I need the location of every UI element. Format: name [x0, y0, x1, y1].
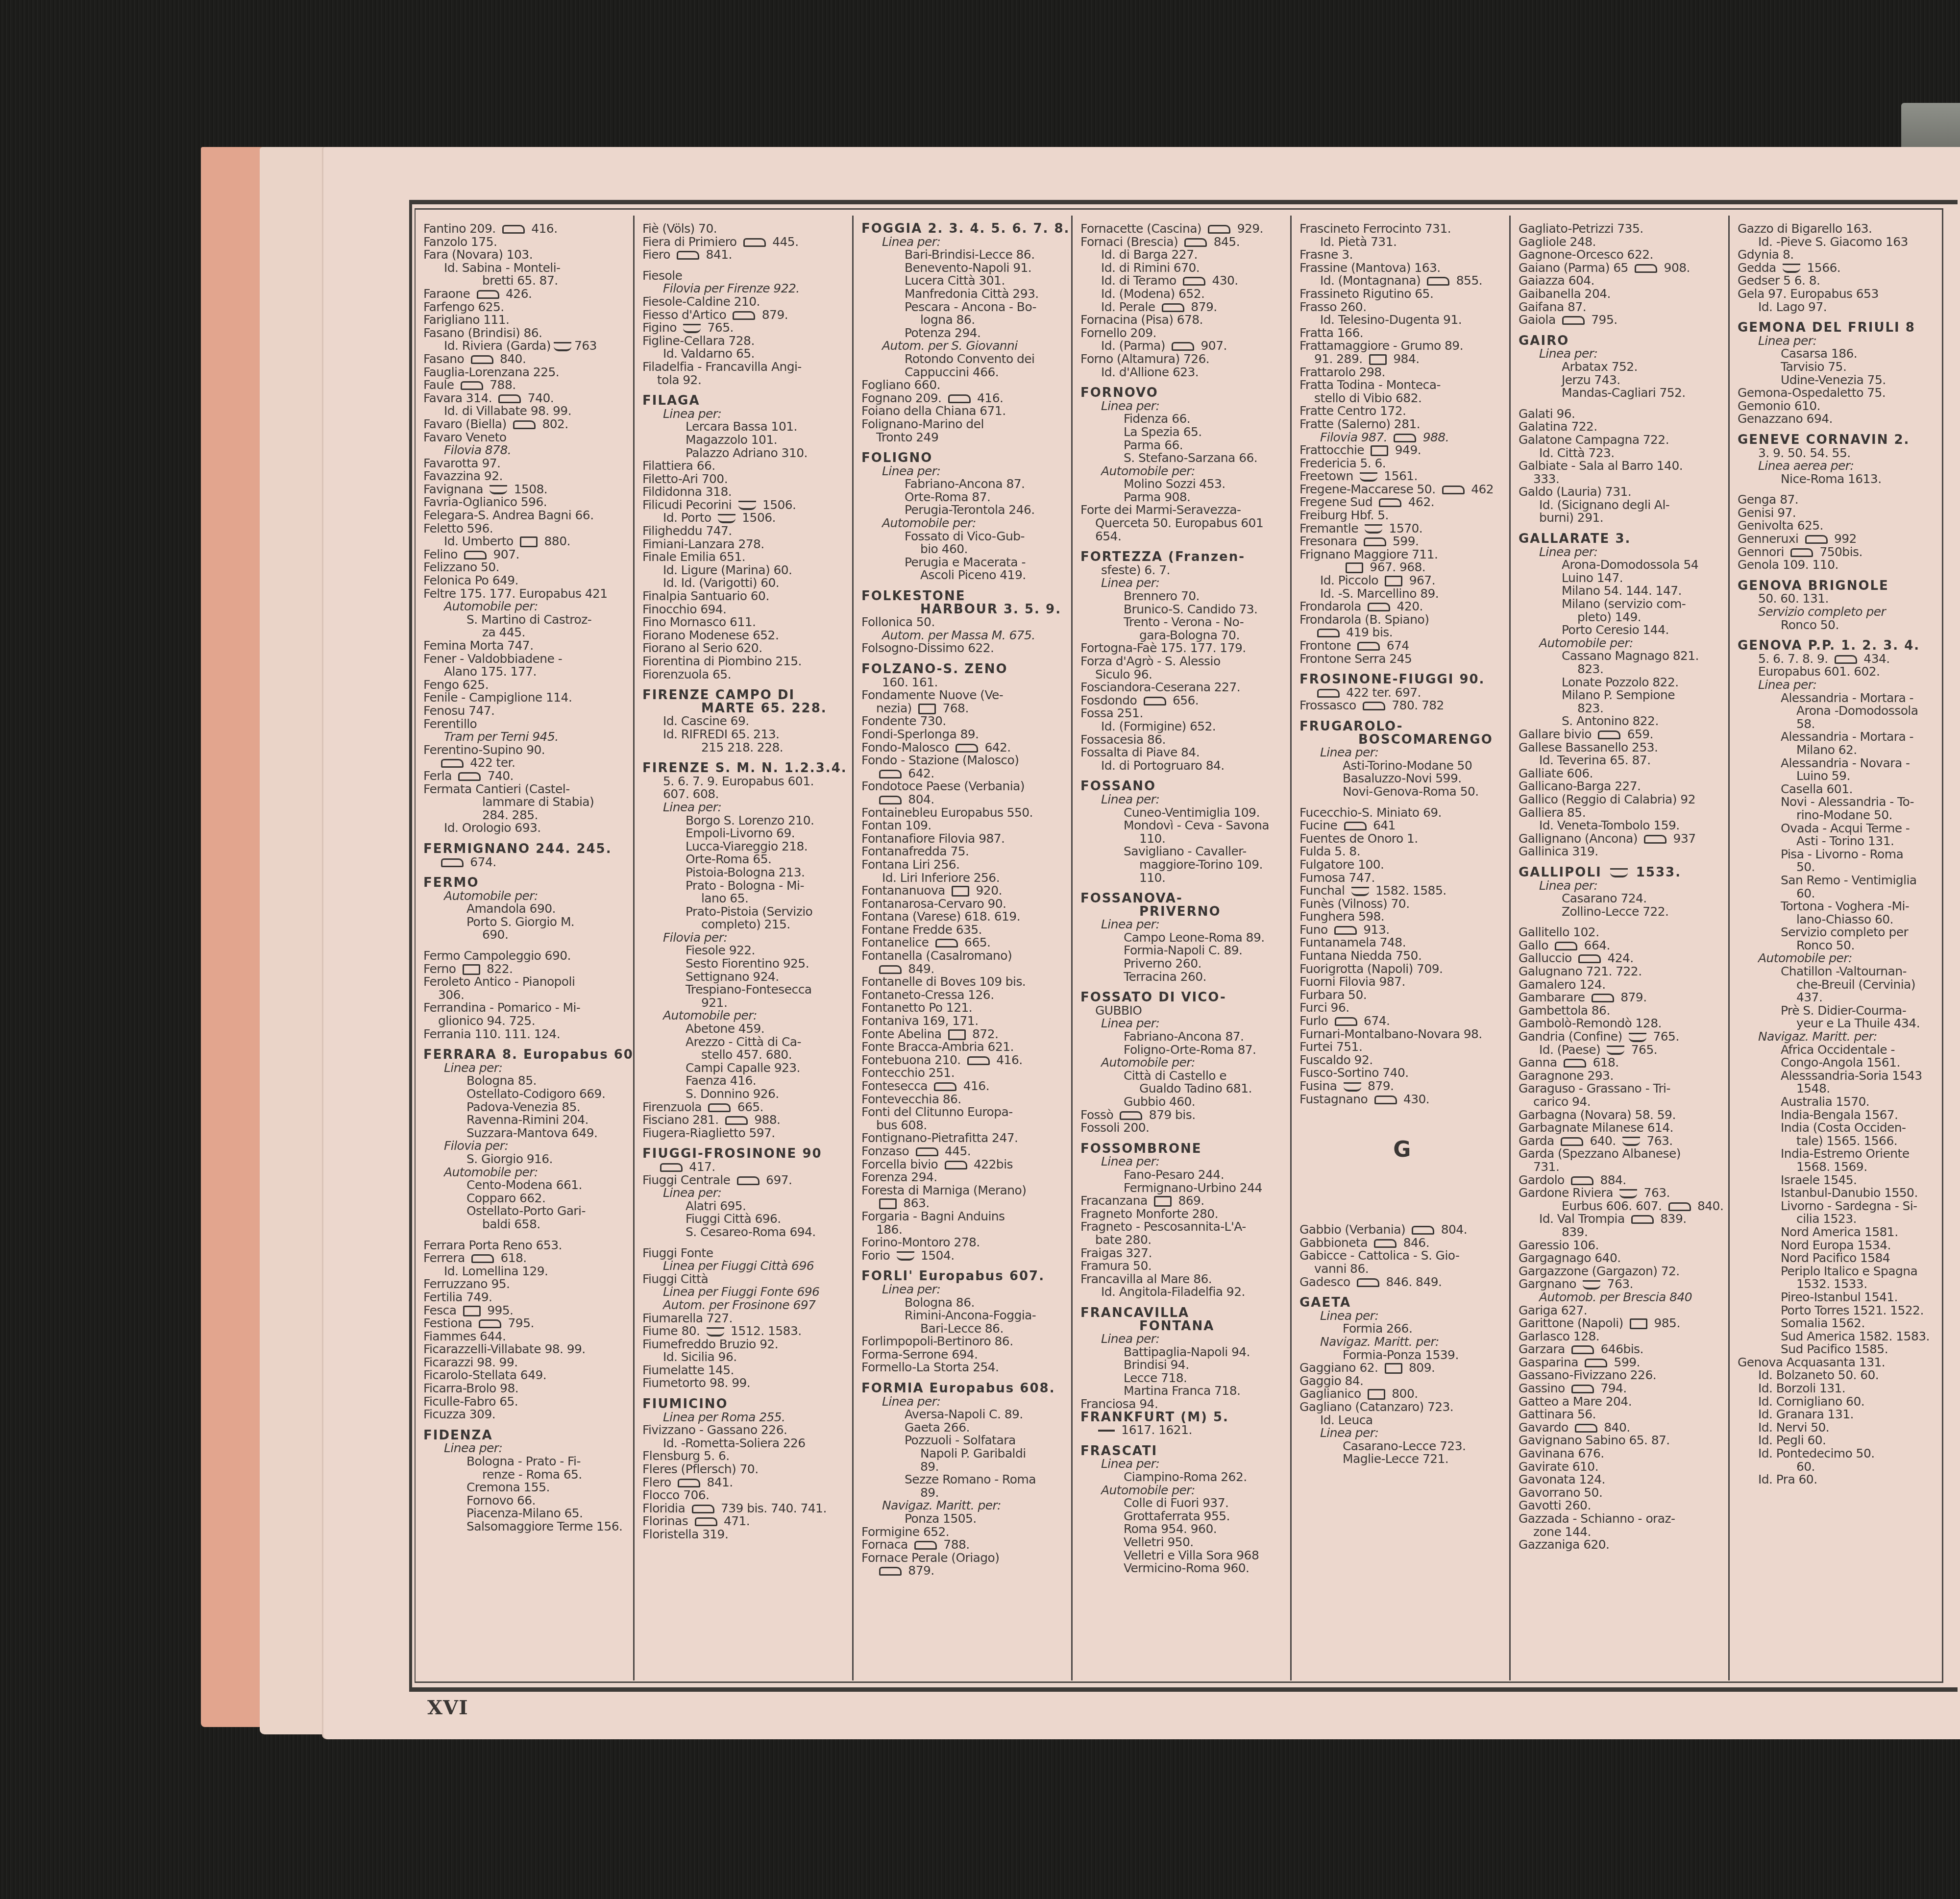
index-entry: Favara 314. 740. — [423, 392, 628, 405]
index-entry: India-Estremo Oriente — [1738, 1147, 1944, 1161]
station-heading: GALLIPOLI 1533. — [1519, 866, 1723, 879]
index-entry: Folsogno-Dissimo 622. — [861, 642, 1066, 655]
index-entry: Genazzano 694. — [1738, 413, 1944, 426]
station-heading: FOLKESTONE — [861, 590, 1066, 603]
index-entry: Linea per: — [642, 408, 847, 421]
station-heading: GENOVA BRIGNOLE — [1738, 580, 1944, 593]
index-entry: Gagliato-Petrizzi 735. — [1519, 222, 1723, 236]
index-entry: Frasso 260. — [1299, 301, 1504, 314]
bus-icon — [1835, 655, 1857, 664]
index-entry: Id. Borzoli 131. — [1738, 1382, 1944, 1395]
index-column-1: Fantino 209. 416.Fanzolo 175.Fara (Novar… — [416, 216, 635, 1680]
index-entry: Furnari-Montalbano-Novara 98. — [1299, 1028, 1504, 1041]
index-entry: Servizio completo per — [1738, 606, 1944, 619]
index-entry: za 445. — [423, 626, 628, 639]
index-entry: Fragneto Monforte 280. — [1080, 1208, 1285, 1221]
index-entry: Fesca 995. — [423, 1304, 628, 1317]
bus-icon — [945, 1161, 967, 1169]
station-heading: BOSCOMARENGO — [1299, 733, 1504, 747]
station-heading: FOLZANO-S. ZENO — [861, 663, 1066, 676]
station-heading: FORTEZZA (Franzen- — [1080, 551, 1285, 564]
index-entry: Martina Franca 718. — [1080, 1385, 1285, 1398]
index-entry: Prato - Bologna - Mi- — [642, 879, 847, 893]
index-entry: Fano-Pesaro 244. — [1080, 1169, 1285, 1182]
index-entry: Fornello 209. — [1080, 327, 1285, 340]
index-entry: Id. Cornigliano 60. — [1738, 1395, 1944, 1409]
index-entry: Fenile - Campiglione 114. — [423, 691, 628, 705]
index-entry: Fleres (Pflersch) 70. — [642, 1463, 847, 1476]
index-entry: Gavignano Sabino 65. 87. — [1519, 1434, 1723, 1447]
index-entry: Fuorni Filovia 987. — [1299, 975, 1504, 989]
index-entry: Maglie-Lecce 721. — [1299, 1453, 1504, 1466]
index-entry: Gallare bivio 659. — [1519, 728, 1723, 741]
index-column-6: Gagliato-Petrizzi 735.Gagliole 248.Gagno… — [1511, 216, 1730, 1680]
index-entry: Gabbio (Verbania) 804. — [1299, 1223, 1504, 1237]
index-entry: Id. Riviera (Garda)763 — [423, 340, 628, 353]
bus-icon — [1427, 277, 1449, 286]
index-entry: Id. Angitola-Filadelfia 92. — [1080, 1286, 1285, 1299]
index-entry: Brennero 70. — [1080, 590, 1285, 603]
tram-icon — [1369, 354, 1387, 365]
index-entry: Napoli P. Garibaldi — [861, 1447, 1066, 1461]
index-entry: Ficuzza 309. — [423, 1408, 628, 1421]
index-entry: Favignana 1508. — [423, 483, 628, 496]
index-entry: Funo 913. — [1299, 924, 1504, 937]
index-entry: Gavinana 676. — [1519, 1447, 1723, 1461]
index-entry: Chatillon -Valtournan- — [1738, 965, 1944, 978]
index-entry: Milano P. Sempione — [1519, 689, 1723, 702]
bus-icon — [441, 759, 464, 768]
index-entry: 160. 161. — [861, 676, 1066, 689]
index-entry: Funtana Niedda 750. — [1299, 949, 1504, 963]
bus-icon — [914, 1541, 937, 1550]
station-heading: GENOVA P.P. 1. 2. 3. 4. — [1738, 639, 1944, 653]
bus-icon — [471, 1254, 494, 1263]
index-entry: Automobile per: — [642, 1009, 847, 1023]
station-heading: FERMO — [423, 876, 628, 890]
index-entry: Gaggiano 62. 809. — [1299, 1362, 1504, 1375]
index-entry: Id. Teverina 65. 87. — [1519, 754, 1723, 767]
index-entry: Linea per: — [1519, 347, 1723, 361]
index-entry: Autom. per Frosinone 697 — [642, 1299, 847, 1312]
index-entry: Gazzo di Bigarello 163. — [1738, 222, 1944, 236]
index-entry: Id. Leuca — [1299, 1414, 1504, 1427]
index-entry: Fratte Centro 172. — [1299, 405, 1504, 418]
index-entry: Genova Acquasanta 131. — [1738, 1356, 1944, 1369]
index-entry: Frascineto Ferrocinto 731. — [1299, 222, 1504, 236]
index-entry: lammare di Stabia) — [423, 796, 628, 809]
index-entry: Gedser 5 6. 8. — [1738, 274, 1944, 288]
index-entry: Novi-Genova-Roma 50. — [1299, 785, 1504, 799]
bus-icon — [1144, 697, 1166, 706]
index-entry: Ficarazzi 98. 99. — [423, 1356, 628, 1369]
index-entry: Folignano-Marino del — [861, 418, 1066, 431]
index-entry: Potenza 294. — [861, 327, 1066, 340]
index-entry: Filattiera 66. — [642, 460, 847, 473]
index-entry: S. Antonino 822. — [1519, 715, 1723, 728]
index-entry: Fermo Campoleggio 690. — [423, 949, 628, 963]
index-entry: Automobile per: — [1738, 952, 1944, 965]
index-entry: Lucca-Viareggio 218. — [642, 840, 847, 853]
index-entry: 863. — [861, 1197, 1066, 1210]
index-entry: Navigaz. Maritt. per: — [1738, 1030, 1944, 1044]
ship-icon — [1351, 887, 1369, 896]
index-entry: Filicudi Pecorini 1506. — [642, 499, 847, 512]
bus-icon — [1334, 926, 1357, 935]
index-entry: Id. (Montagnana) 855. — [1299, 274, 1504, 288]
bus-icon — [1379, 498, 1401, 507]
bus-icon — [708, 1103, 731, 1112]
bus-icon — [879, 796, 902, 804]
index-entry: Casarano 724. — [1519, 892, 1723, 905]
index-entry: Prè S. Didier-Courma- — [1738, 1004, 1944, 1018]
index-entry: Fontana (Varese) 618. 619. — [861, 910, 1066, 924]
index-entry: Australia 1570. — [1738, 1096, 1944, 1109]
index-entry: Id. Cascine 69. — [642, 715, 847, 728]
index-entry: Floridia 739 bis. 740. 741. — [642, 1502, 847, 1515]
index-entry: Luino 59. — [1738, 770, 1944, 783]
index-entry: Fondo-Malosco 642. — [861, 741, 1066, 755]
index-entry: 690. — [423, 928, 628, 942]
index-entry: Filetto-Ari 700. — [642, 473, 847, 486]
index-entry: Milano (servizio com- — [1519, 598, 1723, 611]
bus-icon — [955, 744, 978, 753]
bus-icon — [1562, 316, 1585, 325]
index-entry: Manfredonia Città 293. — [861, 288, 1066, 301]
index-entry: Africa Occidentale - — [1738, 1044, 1944, 1057]
index-entry: Fustagnano 430. — [1299, 1093, 1504, 1106]
index-entry: Ganna 618. — [1519, 1056, 1723, 1070]
index-entry: Fengo 625. — [423, 679, 628, 692]
index-entry: Fondotoce Paese (Verbania) — [861, 780, 1066, 793]
ship-icon — [554, 342, 571, 351]
index-entry: Asti-Torino-Modane 50 — [1299, 759, 1504, 773]
index-entry: Fresonara 599. — [1299, 535, 1504, 548]
index-entry: Linea per: — [1299, 1310, 1504, 1323]
index-entry: Genisi 97. — [1738, 507, 1944, 520]
index-entry: 731. — [1519, 1161, 1723, 1174]
index-entry: Arbatax 752. — [1519, 361, 1723, 374]
index-entry: Fermignano-Urbino 244 — [1080, 1182, 1285, 1195]
index-entry: Id. -Pieve S. Giacomo 163 — [1738, 236, 1944, 249]
tram-icon — [1371, 445, 1388, 456]
index-entry: S. Donnino 926. — [642, 1088, 847, 1101]
index-entry: bretti 65. 87. — [423, 274, 628, 288]
index-entry: Formia-Napoli C. 89. — [1080, 944, 1285, 957]
index-entry: Sud Pacifico 1585. — [1738, 1343, 1944, 1356]
index-entry: Funghera 598. — [1299, 910, 1504, 924]
index-entry: Ferruzzano 95. — [423, 1278, 628, 1291]
bus-icon — [743, 238, 766, 247]
index-entry: Fiera di Primiero 445. — [642, 236, 847, 249]
index-entry: Cappuccini 466. — [861, 366, 1066, 379]
index-entry: 417. — [642, 1161, 847, 1174]
index-entry: Brunico-S. Candido 73. — [1080, 603, 1285, 616]
index-entry: Aversa-Napoli C. 89. — [861, 1408, 1066, 1421]
index-entry: Campi Capalle 923. — [642, 1062, 847, 1075]
index-entry: Furci 96. — [1299, 1001, 1504, 1015]
station-heading: GAETA — [1299, 1296, 1504, 1310]
station-heading: GEMONA DEL FRIULI 8 — [1738, 321, 1944, 335]
index-entry: Furbara 50. — [1299, 989, 1504, 1002]
index-entry: Orte-Roma 65. — [642, 853, 847, 866]
index-entry: Gazzaniga 620. — [1519, 1538, 1723, 1552]
bus-icon — [471, 355, 493, 364]
index-entry: Gallicano-Barga 227. — [1519, 780, 1723, 793]
index-entry: Fiorano al Serio 620. — [642, 642, 847, 655]
station-heading: FRANKFURT (M) 5. — [1080, 1411, 1285, 1424]
index-entry: Pireo-Istanbul 1541. — [1738, 1291, 1944, 1304]
index-entry: Vermicino-Roma 960. — [1080, 1562, 1285, 1575]
index-entry: Linea per: — [642, 1187, 847, 1200]
index-entry: Fondamente Nuove (Ve- — [861, 689, 1066, 702]
index-entry: 186. — [861, 1223, 1066, 1237]
index-entry: Framura 50. — [1080, 1260, 1285, 1273]
bus-icon — [1357, 642, 1380, 651]
index-entry: Suzzara-Mantova 649. — [423, 1127, 628, 1140]
index-entry: Ferentillo — [423, 718, 628, 731]
index-entry: Fontainebleu Europabus 550. — [861, 806, 1066, 820]
ship-icon — [683, 324, 701, 333]
index-entry: 674. — [423, 856, 628, 869]
index-entry: Fontaneto-Cressa 126. — [861, 989, 1066, 1002]
bus-icon — [498, 394, 521, 403]
index-column-4: Fornacette (Cascina) 929.Fornaci (Bresci… — [1073, 216, 1292, 1680]
index-entry: Gallese Bassanello 253. — [1519, 741, 1723, 755]
index-entry: Autom. per Massa M. 675. — [861, 629, 1066, 642]
index-entry: Frattamaggiore - Grumo 89. — [1299, 340, 1504, 353]
station-heading: FIUGGI-FROSINONE 90 — [642, 1147, 847, 1161]
index-entry: Trespiano-Fontesecca — [642, 983, 847, 997]
index-entry: Gargagnago 640. — [1519, 1252, 1723, 1265]
index-entry: Funès (Vilnoss) 70. — [1299, 898, 1504, 911]
index-entry: Fontan 109. — [861, 819, 1066, 832]
index-entry: Fondo - Stazione (Malosco) — [861, 754, 1066, 767]
index-entry: Gadesco 846. 849. — [1299, 1276, 1504, 1289]
index-entry: Parma 66. — [1080, 439, 1285, 452]
index-entry: Gela 97. Europabus 653 — [1738, 288, 1944, 301]
index-entry: Fragneto - Pescosannita-L'A- — [1080, 1220, 1285, 1234]
index-entry: 879. — [861, 1564, 1066, 1578]
index-entry: Linea per Fiuggi Città 696 — [642, 1260, 847, 1273]
index-entry: 654. — [1080, 530, 1285, 543]
index-entry: Linea per: — [861, 236, 1066, 249]
index-entry: Fontanella (Casalromano) — [861, 949, 1066, 963]
index-entry: Fregene Sud 462. — [1299, 496, 1504, 509]
index-entry: Fiuggi Città 696. — [642, 1213, 847, 1226]
index-entry: 921. — [642, 997, 847, 1010]
index-entry: 1568. 1569. — [1738, 1161, 1944, 1174]
index-entry: Flocco 706. — [642, 1489, 847, 1502]
index-entry: Gedda 1566. — [1738, 262, 1944, 275]
station-heading: FIRENZE S. M. N. 1.2.3.4. — [642, 762, 847, 775]
index-entry: lano 65. — [642, 892, 847, 905]
index-entry: Lonate Pozzolo 822. — [1519, 676, 1723, 689]
index-entry: Priverno 260. — [1080, 957, 1285, 971]
bus-icon — [458, 772, 481, 781]
index-entry: Ficarolo-Stellata 649. — [423, 1369, 628, 1382]
index-entry: Cuneo-Ventimiglia 109. — [1080, 806, 1285, 820]
index-entry: Filovia 987. 988. — [1299, 431, 1504, 444]
index-entry: Sezze Romano - Roma — [861, 1473, 1066, 1486]
index-entry: Farfengo 625. — [423, 301, 628, 314]
index-entry: Borgo S. Lorenzo 210. — [642, 814, 847, 828]
index-entry: Feltre 175. 177. Europabus 421 — [423, 587, 628, 601]
index-entry: Grottaferrata 955. — [1080, 1510, 1285, 1523]
index-entry: Id. Granara 131. — [1738, 1408, 1944, 1421]
index-entry: Ferrara Porta Reno 653. — [423, 1239, 628, 1252]
index-entry: Fracanzana 869. — [1080, 1194, 1285, 1208]
bus-icon — [502, 225, 525, 234]
index-entry: Gavotti 260. — [1519, 1499, 1723, 1512]
index-entry: Galliate 606. — [1519, 767, 1723, 780]
index-entry: Felizzano 50. — [423, 561, 628, 574]
index-entry: 58. — [1738, 718, 1944, 731]
bus-icon — [1162, 303, 1184, 312]
index-entry: Milano 62. — [1738, 744, 1944, 757]
index-entry: Gdynia 8. — [1738, 248, 1944, 262]
index-entry: Fabriano-Ancona 87. — [861, 478, 1066, 491]
tram-icon — [463, 964, 480, 975]
index-entry: Garagnone 293. — [1519, 1070, 1723, 1083]
index-entry: stello 457. 680. — [642, 1048, 847, 1062]
index-entry: Gambettola 86. — [1519, 1004, 1723, 1018]
index-entry: Gemonio 610. — [1738, 400, 1944, 413]
index-entry: Fiugera-Riaglietto 597. — [642, 1127, 847, 1140]
index-entry: Fino Mornasco 611. — [642, 616, 847, 629]
index-entry: Frattarolo 298. — [1299, 366, 1504, 379]
bus-icon — [879, 770, 902, 779]
ship-icon — [1607, 1046, 1624, 1055]
index-entry: Fontaniva 169, 171. — [861, 1015, 1066, 1028]
index-entry: Alessandria - Mortara - — [1738, 692, 1944, 705]
index-entry: Linea per: — [1738, 679, 1944, 692]
index-entry: Foiano della Chiana 671. — [861, 405, 1066, 418]
index-entry: Casella 601. — [1738, 783, 1944, 796]
bus-icon — [464, 551, 487, 560]
index-entry: Fontanelle di Boves 109 bis. — [861, 975, 1066, 989]
index-entry: Mandas-Cagliari 752. — [1519, 387, 1723, 400]
index-entry: cilia 1523. — [1738, 1213, 1944, 1226]
index-entry: Periplo Italico e Spagna — [1738, 1265, 1944, 1278]
index-entry: Gallo 664. — [1519, 939, 1723, 952]
index-entry: Fiume 80. 1512. 1583. — [642, 1325, 847, 1338]
index-entry: Cento-Modena 661. — [423, 1179, 628, 1192]
index-entry: Eurbus 606. 607. 840. — [1519, 1200, 1723, 1213]
index-entry: Gagliole 248. — [1519, 236, 1723, 249]
index-entry: Gubbio 460. — [1080, 1096, 1285, 1109]
index-entry: gara-Bologna 70. — [1080, 629, 1285, 642]
tram-icon — [1630, 1318, 1647, 1329]
index-entry: Copparo 662. — [423, 1192, 628, 1205]
index-entry: Frasne 3. — [1299, 248, 1504, 262]
index-entry: Faule 788. — [423, 379, 628, 392]
index-entry: Fontane Fredde 635. — [861, 924, 1066, 937]
bus-icon — [1631, 1215, 1654, 1224]
index-entry: Fiesole 922. — [642, 944, 847, 957]
index-entry: Luino 147. — [1519, 572, 1723, 585]
index-entry: Linea aerea per: — [1738, 460, 1944, 473]
index-entry: Colle di Fuori 937. — [1080, 1497, 1285, 1510]
index-entry: Alesssandria-Soria 1543 — [1738, 1070, 1944, 1083]
index-entry: Fucine 641 — [1299, 819, 1504, 832]
index-entry: Ostellato-Codigoro 669. — [423, 1088, 628, 1101]
index-entry: Fulda 5. 8. — [1299, 845, 1504, 858]
index-entry: Gaglianico 800. — [1299, 1388, 1504, 1401]
ship-icon — [1610, 868, 1628, 877]
index-entry: Fremantle 1570. — [1299, 522, 1504, 536]
bus-icon — [1561, 1137, 1583, 1146]
index-entry: Firenzuola 665. — [642, 1101, 847, 1114]
index-entry: Linea per: — [1080, 918, 1285, 931]
index-entry: Fanzolo 175. — [423, 236, 628, 249]
index-entry: Fredericia 5. 6. — [1299, 457, 1504, 470]
index-entry: Basaluzzo-Novi 599. — [1299, 772, 1504, 785]
index-entry: Casarano-Lecce 723. — [1299, 1440, 1504, 1453]
index-entry: Istanbul-Danubio 1550. — [1738, 1187, 1944, 1200]
index-entry: Fossato di Vico-Gub- — [861, 530, 1066, 543]
index-entry: Fornacina (Pisa) 678. — [1080, 314, 1285, 327]
index-entry: Garbagnate Milanese 614. — [1519, 1121, 1723, 1135]
index-entry: Fulgatore 100. — [1299, 858, 1504, 872]
bus-icon — [441, 858, 464, 867]
index-entry: 50. 60. 131. — [1738, 592, 1944, 606]
index-entry: Velletri e Villa Sora 968 — [1080, 1549, 1285, 1562]
index-entry: Id. Perale 879. — [1080, 301, 1285, 314]
bus-icon — [1442, 486, 1465, 494]
station-heading: FRANCAVILLA — [1080, 1307, 1285, 1320]
index-entry: Automobile per: — [1519, 637, 1723, 650]
index-entry: Id. Sabina - Monteli- — [423, 262, 628, 275]
station-heading: FOLIGNO — [861, 452, 1066, 465]
bus-icon — [1184, 238, 1207, 247]
bus-icon — [1335, 1017, 1357, 1026]
bus-icon — [1368, 603, 1390, 611]
station-heading: FROSINONE-FIUGGI 90. — [1299, 673, 1504, 686]
index-entry: Genola 109. 110. — [1738, 559, 1944, 572]
index-entry: 849. — [861, 963, 1066, 976]
index-entry: Fornace Perale (Oriago) — [861, 1552, 1066, 1565]
index-entry: Perugia-Terontola 246. — [861, 504, 1066, 517]
index-entry: Rotondo Convento dei — [861, 353, 1066, 366]
bus-icon — [1374, 1096, 1397, 1104]
bus-icon — [879, 965, 902, 974]
index-entry: Linea per: — [1080, 400, 1285, 413]
station-heading: FOSSANOVA- — [1080, 892, 1285, 905]
index-entry: Gavirate 610. — [1519, 1461, 1723, 1474]
index-entry: Ferno 822. — [423, 963, 628, 976]
index-entry: Id. Id. (Varigotti) 60. — [642, 577, 847, 590]
index-entry: nezia) 768. — [861, 702, 1066, 715]
index-entry: Favazzina 92. — [423, 470, 628, 483]
index-entry: 437. — [1738, 991, 1944, 1004]
index-entry: Bologna 86. — [861, 1296, 1066, 1310]
index-entry: Gargnano 763. — [1519, 1278, 1723, 1291]
index-entry: Fidenza 66. — [1080, 413, 1285, 426]
tram-icon — [1385, 576, 1402, 586]
index-entry: Fontecchio 251. — [861, 1067, 1066, 1080]
index-entry: 50. — [1738, 861, 1944, 874]
station-heading: FONTANA — [1080, 1320, 1285, 1333]
tram-icon — [1385, 1363, 1402, 1374]
index-entry: Savigliano - Cavaller- — [1080, 845, 1285, 858]
index-entry: Garaguso - Grassano - Tri- — [1519, 1082, 1723, 1096]
index-entry: Franciosa 94. — [1080, 1398, 1285, 1411]
index-entry: 642. — [861, 767, 1066, 780]
index-entry: Linea per Roma 255. — [642, 1411, 847, 1424]
index-entry: Gardone Riviera 763. — [1519, 1187, 1723, 1200]
index-entry: Fiesole — [642, 269, 847, 283]
